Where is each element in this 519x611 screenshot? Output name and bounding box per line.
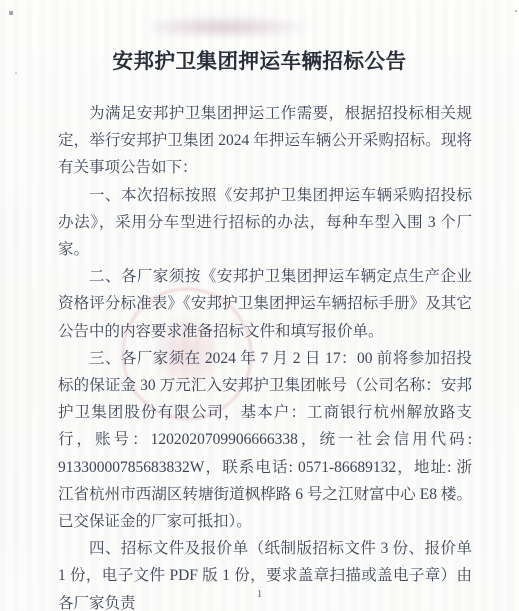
paragraph: 一、本次招标按照《安邦护卫集团押运车辆采购招投标办法》，采用分车型进行招标的办法… xyxy=(58,182,472,264)
document-body: 为满足安邦护卫集团押运工作需要，根据招投标相关规定，举行安邦护卫集团 2024 … xyxy=(58,100,472,611)
scan-bleed-smudge xyxy=(152,15,312,37)
paragraph: 二、各厂家须按《安邦护卫集团押运车辆定点生产企业资格评分标准表》《安邦护卫集团押… xyxy=(58,263,472,345)
page-number: 1 xyxy=(0,588,519,600)
paragraph: 为满足安邦护卫集团押运工作需要，根据招投标相关规定，举行安邦护卫集团 2024 … xyxy=(58,100,472,182)
paragraph: 三、各厂家须在 2024 年 7 月 2 日 17：00 前将参加招投标的保证金… xyxy=(58,345,472,535)
document-title: 安邦护卫集团押运车辆招标公告 xyxy=(0,44,519,74)
scanned-document-page: 安邦护卫集团押运车辆招标公告 为满足安邦护卫集团押运工作需要，根据招投标相关规定… xyxy=(0,0,519,611)
